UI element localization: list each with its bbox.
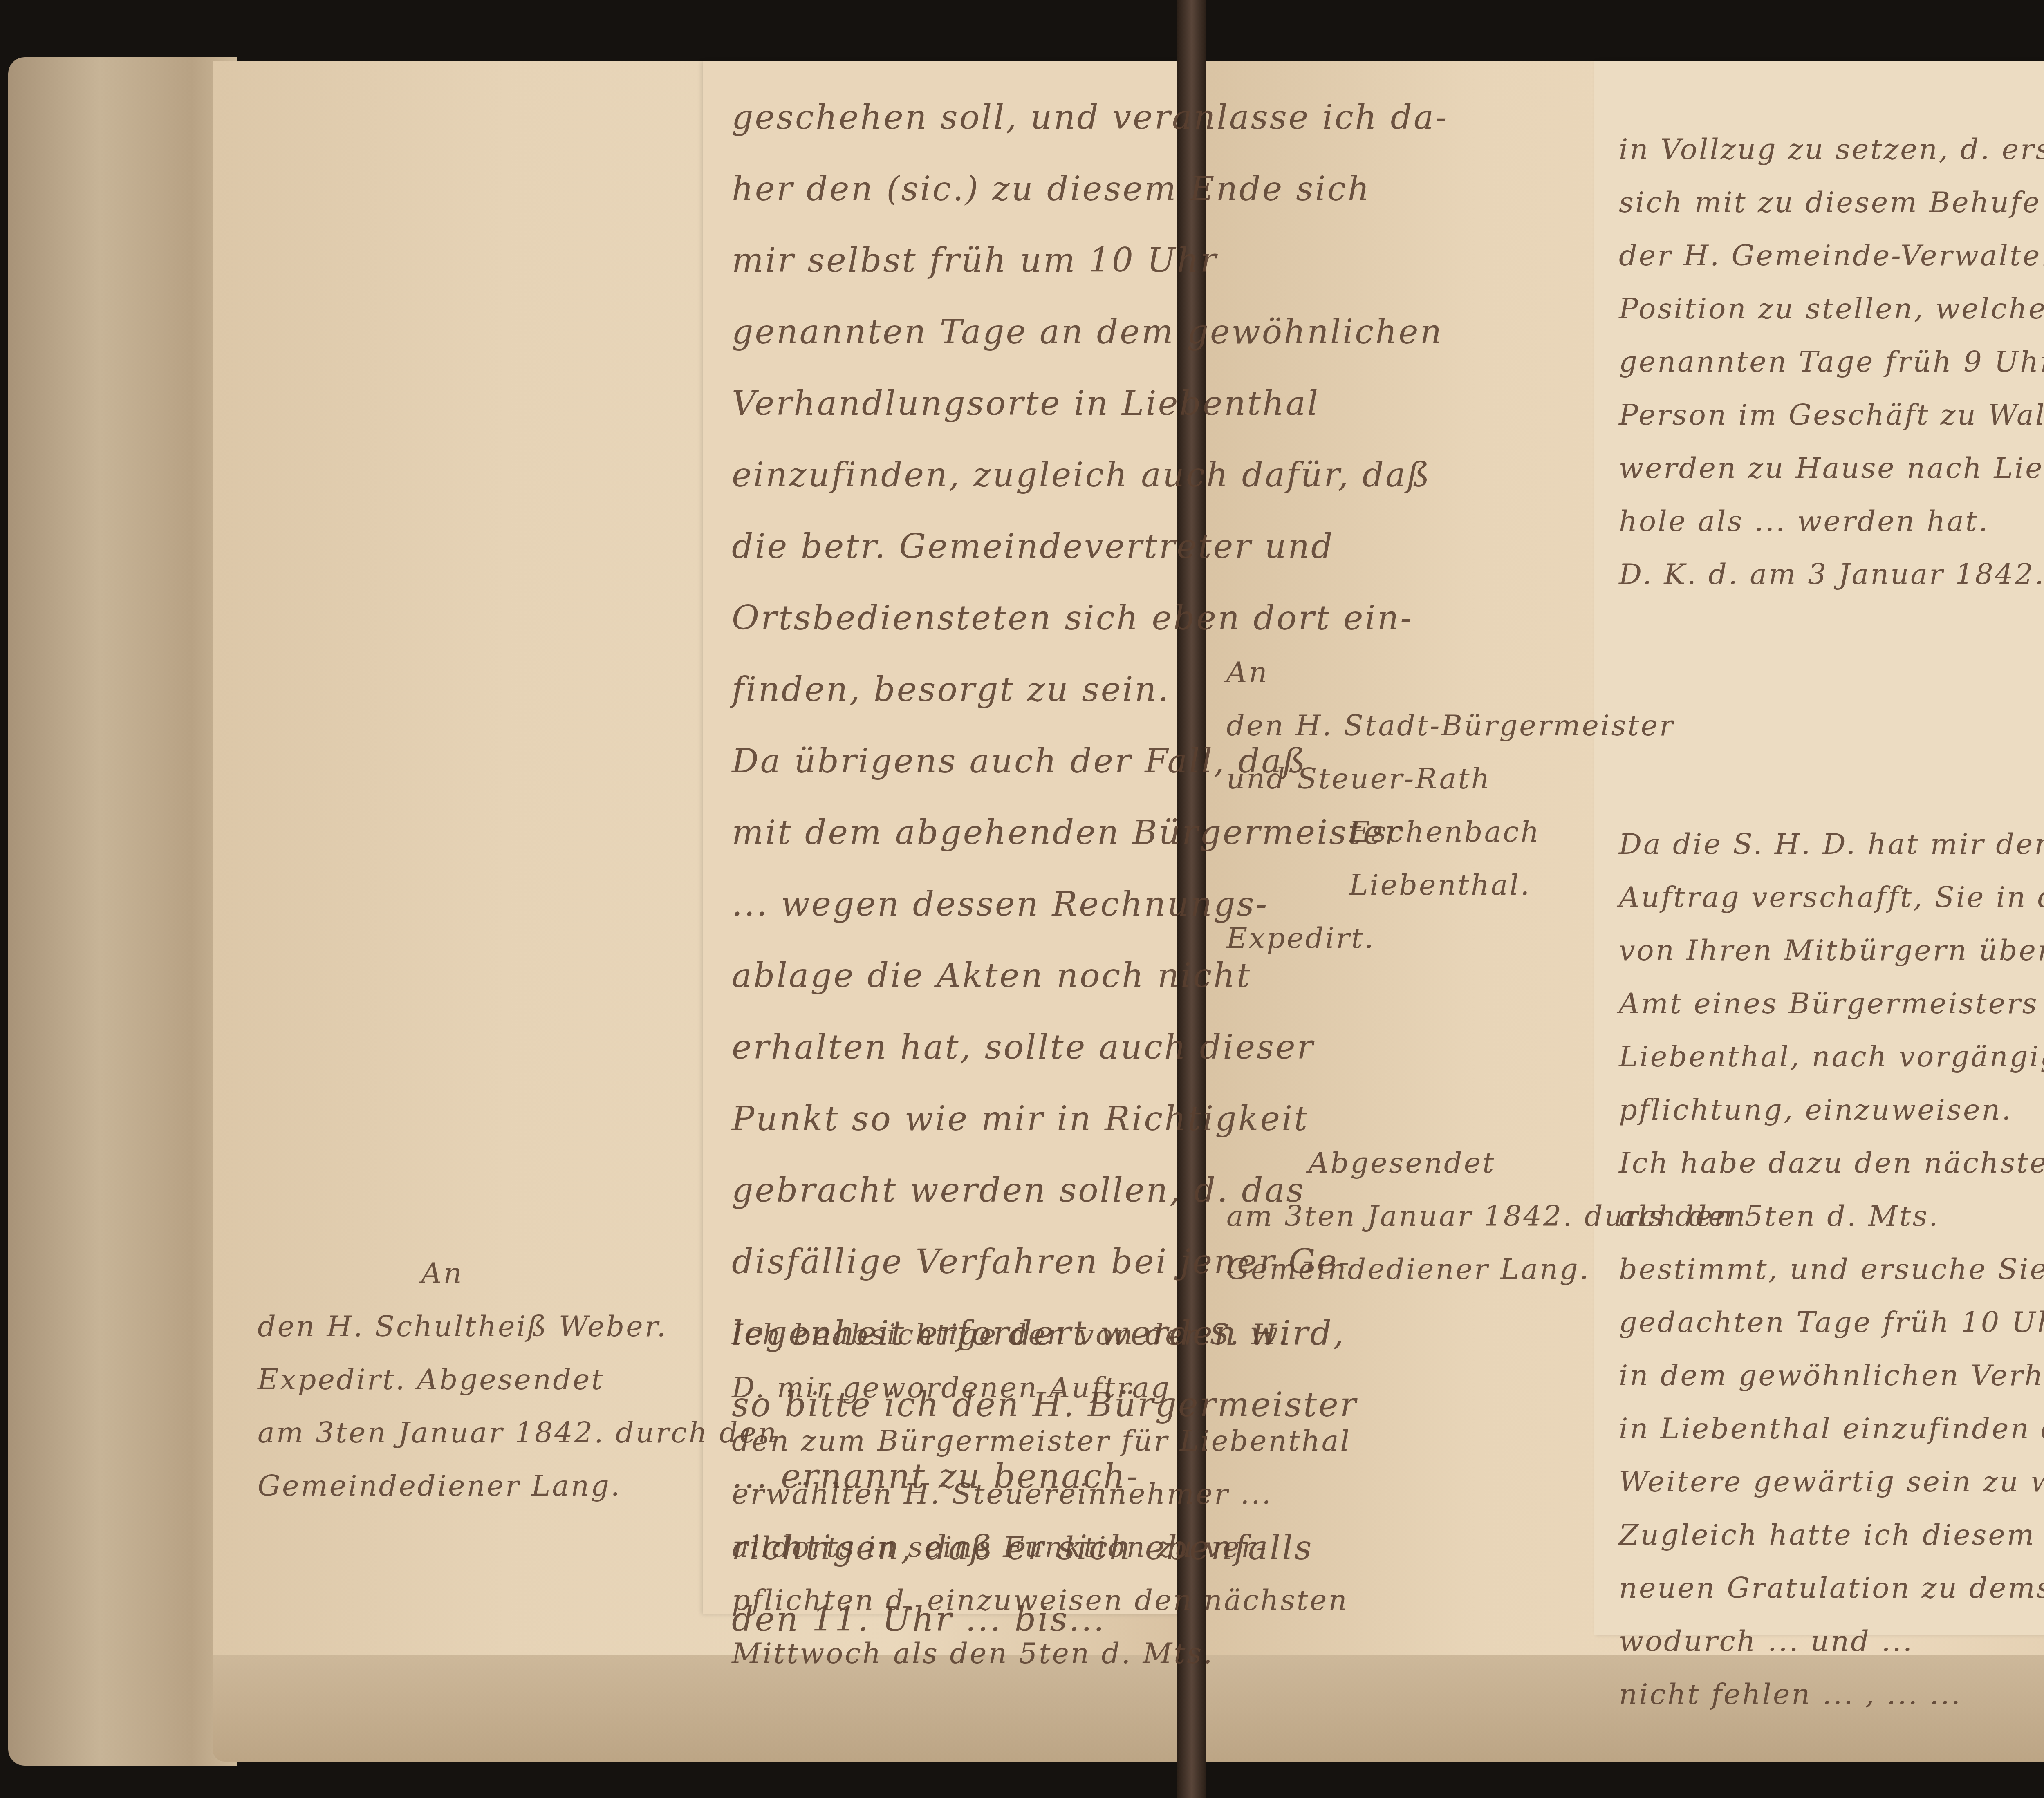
text-line: Ich beabsichtige den von der S. H. <box>732 1308 1351 1361</box>
text-line: in Vollzug zu setzen, d. ersuche ich <box>1619 123 2044 176</box>
left-insert-second-block: Ich beabsichtige den von der S. H. D. mi… <box>732 1308 1351 1680</box>
text-line: Da die S. H. D. hat mir den <box>1619 817 2044 871</box>
text-line: mir selbst früh um 10 Uhr <box>732 225 1448 296</box>
text-line: hole als ... werden hat. <box>1619 495 2044 548</box>
text-line: genannten Tage früh 9 Uhr in <box>1619 335 2044 388</box>
text-line: werden zu Hause nach Liebenthal <box>1619 441 2044 495</box>
text-line: Eschenbach <box>1226 805 1674 858</box>
text-line: pflichten d. einzuweisen den nächsten <box>732 1574 1351 1627</box>
text-line: bestimmt, und ersuche Sie an besagtem <box>1619 1243 2044 1296</box>
left-page-address: An den H. Schultheiß Weber. Expedirt. Ab… <box>258 1247 778 1512</box>
text-line: die betr. Gemeindevertreter und <box>732 511 1448 582</box>
text-line: den H. Schultheiß Weber. <box>258 1300 778 1353</box>
text-line: nicht fehlen ... , ... ... <box>1619 1668 2044 1721</box>
text-line: neuen Gratulation zu demselben zu sagen, <box>1619 1561 2044 1614</box>
text-line: sich mit zu diesem Behufe einen <box>1619 176 2044 229</box>
text-line: An <box>1226 646 1674 699</box>
text-line: alldorts in seine Funktion zu ver- <box>732 1520 1351 1574</box>
text-line: Weitere gewärtig sein zu wollen. <box>1619 1455 2044 1508</box>
text-line: geschehen soll, und veranlasse ich da- <box>732 82 1448 153</box>
text-line: Ortsbediensteten sich eben dort ein- <box>732 582 1448 654</box>
text-line: einzufinden, zugleich auch dafür, daß <box>732 439 1448 511</box>
text-line: Liebenthal, nach vorgängiger Ver- <box>1619 1030 2044 1083</box>
text-line: her den (sic.) zu diesem Ende sich <box>732 153 1448 225</box>
text-line: und Steuer-Rath <box>1226 752 1674 805</box>
text-line: am 3ten Januar 1842. durch den <box>258 1406 778 1459</box>
text-line: Amt eines Bürgermeisters in <box>1619 977 2044 1030</box>
text-line: genannten Tage an dem gewöhnlichen <box>732 296 1448 368</box>
text-line: Zugleich hatte ich diesem Ihnen Ihrem <box>1619 1508 2044 1561</box>
text-line: Ich habe dazu den nächsten Mittwoch <box>1619 1136 2044 1189</box>
text-line: Expedirt. Abgesendet <box>258 1353 778 1406</box>
text-line: Auftrag verschafft, Sie in das Ihnen <box>1619 871 2044 924</box>
text-line: in dem gewöhnlichen Verhandlungslokale <box>1619 1349 2044 1402</box>
text-line: Gemeindediener Lang. <box>258 1459 778 1512</box>
text-line: Position zu stellen, welche sich ... <box>1619 282 2044 335</box>
text-line: Mittwoch als den 5ten d. Mts. <box>732 1627 1351 1680</box>
text-line: pflichtung, einzuweisen. <box>1619 1083 2044 1136</box>
text-line: der H. Gemeinde-Verwalter für die <box>1619 229 2044 282</box>
text-line: erhalten hat, sollte auch dieser <box>732 1012 1448 1083</box>
right-insert-top-block: in Vollzug zu setzen, d. ersuche ich sic… <box>1619 123 2044 601</box>
text-line: Person im Geschäft zu Wald <box>1619 388 2044 441</box>
text-line: in Liebenthal einzufinden d. das <box>1619 1402 2044 1455</box>
text-line: erwählten H. Steuereinnehmer ... <box>732 1467 1351 1520</box>
text-line: Liebenthal. <box>1226 858 1674 911</box>
book-page-edges-left <box>8 57 237 1766</box>
text-line: gedachten Tage früh 10 Uhr sich <box>1619 1296 2044 1349</box>
text-line: An <box>258 1247 778 1300</box>
text-line: D. mir gewordenen Auftrag <box>732 1361 1351 1414</box>
text-line: D. K. d. am 3 Januar 1842. <box>1619 548 2044 601</box>
text-line: den H. Stadt-Bürgermeister <box>1226 699 1674 752</box>
text-line: als den 5ten d. Mts. <box>1619 1189 2044 1243</box>
right-insert-bottom-block: Da die S. H. D. hat mir den Auftrag vers… <box>1619 817 2044 1721</box>
text-line: Verhandlungsorte in Liebenthal <box>732 368 1448 439</box>
center-address: An den H. Stadt-Bürgermeister und Steuer… <box>1226 646 1674 965</box>
text-line: wodurch ... und ... <box>1619 1614 2044 1668</box>
text-line: Expedirt. <box>1226 911 1674 965</box>
text-line: den zum Bürgermeister für Liebenthal <box>732 1414 1351 1467</box>
text-line: von Ihren Mitbürgern übertragenen <box>1619 924 2044 977</box>
